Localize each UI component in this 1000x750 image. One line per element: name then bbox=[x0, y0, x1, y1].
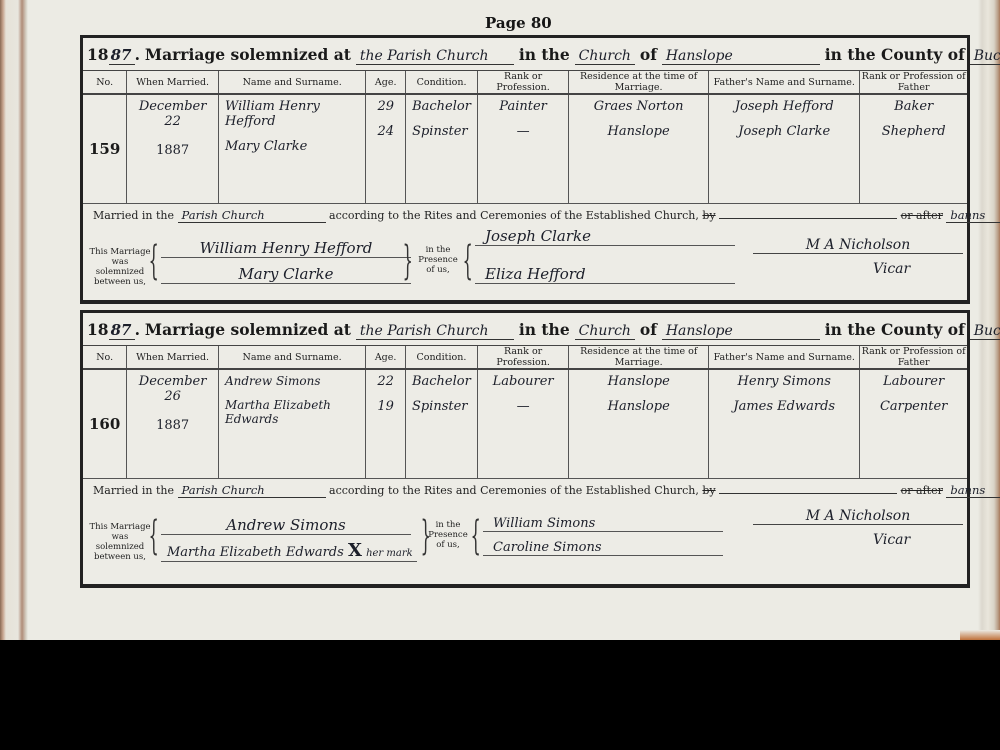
fathers-names: Joseph HeffordJoseph Clarke bbox=[709, 94, 860, 204]
marriage-entry-159: 1887. Marriage solemnized at the Parish … bbox=[80, 35, 970, 304]
ages: 2924 bbox=[366, 94, 406, 204]
witness-1: Joseph Clarke bbox=[475, 227, 735, 246]
conditions: BachelorSpinster bbox=[405, 369, 477, 479]
married-in-line: Married in the Parish Church according t… bbox=[93, 483, 1000, 498]
officiant-title: Vicar bbox=[873, 261, 910, 277]
married-in-line: Married in the Parish Church according t… bbox=[93, 208, 1000, 223]
officiant-title: Vicar bbox=[873, 532, 910, 548]
fathers-professions: BakerShepherd bbox=[860, 94, 967, 204]
entry-header: 1887. Marriage solemnized at the Parish … bbox=[87, 320, 1000, 340]
residences: HanslopeHanslope bbox=[569, 369, 709, 479]
ages: 2219 bbox=[366, 369, 406, 479]
bride-mark: X bbox=[348, 540, 362, 561]
conditions: BachelorSpinster bbox=[406, 94, 478, 204]
book-binding-left bbox=[0, 0, 28, 640]
marriage-entry-160: 1887. Marriage solemnized at the Parish … bbox=[80, 310, 970, 588]
entry-number: 159 bbox=[83, 94, 127, 204]
place-field: the Parish Church bbox=[356, 323, 514, 340]
entry-number: 160 bbox=[83, 369, 127, 479]
professions: Labourer— bbox=[477, 369, 568, 479]
when-married: December 22 1887 bbox=[127, 94, 219, 204]
officiant-signature: M A Nicholson bbox=[753, 508, 963, 525]
witness-1: William Simons bbox=[483, 516, 723, 532]
groom-signature: Andrew Simons bbox=[161, 516, 411, 535]
county-field: Buckingham bbox=[970, 48, 1000, 65]
presence-label: in thePresenceof us, bbox=[427, 520, 469, 550]
names: Andrew SimonsMartha Elizabeth Edwards bbox=[218, 369, 365, 479]
table-row: 159 December 22 1887 William Henry Heffo… bbox=[83, 94, 967, 204]
register-photo: Page 80 1887. Marriage solemnized at the… bbox=[0, 0, 1000, 640]
page-number: Page 80 bbox=[485, 14, 552, 32]
table-row: 160 December 26 1887 Andrew SimonsMartha… bbox=[83, 369, 967, 479]
residences: Graes NortonHanslope bbox=[569, 94, 709, 204]
solemnized-between-label: This Marriagewas solemnizedbetween us, bbox=[89, 247, 151, 287]
fathers-names: Henry SimonsJames Edwards bbox=[709, 369, 860, 479]
groom-signature: William Henry Hefford bbox=[161, 239, 411, 258]
register-table: No.When Married.Name and Surname. Age.Co… bbox=[83, 345, 967, 479]
fathers-professions: LabourerCarpenter bbox=[860, 369, 967, 479]
place-field: the Parish Church bbox=[356, 48, 514, 65]
witness-2: Caroline Simons bbox=[483, 540, 723, 556]
professions: Painter— bbox=[478, 94, 569, 204]
signature-block: This Marriagewas solemnizedbetween us, {… bbox=[83, 508, 967, 568]
bride-signature: Martha Elizabeth Edwards X her mark bbox=[161, 540, 417, 562]
names: William Henry HeffordMary Clarke bbox=[218, 94, 365, 204]
signature-block: This Marriagewas solemnizedbetween us, {… bbox=[83, 233, 967, 293]
when-married: December 26 1887 bbox=[127, 369, 219, 479]
presence-label: in thePresenceof us, bbox=[417, 245, 459, 275]
parish-field: Hanslope bbox=[662, 48, 820, 65]
bride-signature: Mary Clarke bbox=[161, 265, 411, 284]
entry-header: 1887. Marriage solemnized at the Parish … bbox=[87, 45, 1000, 65]
county-field: Buckingham bbox=[970, 323, 1000, 340]
parish-field: Hanslope bbox=[662, 323, 820, 340]
witness-2: Eliza Hefford bbox=[475, 265, 735, 284]
page-edge bbox=[960, 630, 1000, 640]
officiant-signature: M A Nicholson bbox=[753, 237, 963, 254]
register-table: No.When Married.Name and Surname. Age.Co… bbox=[83, 70, 967, 204]
solemnized-between-label: This Marriagewas solemnizedbetween us, bbox=[89, 522, 151, 562]
